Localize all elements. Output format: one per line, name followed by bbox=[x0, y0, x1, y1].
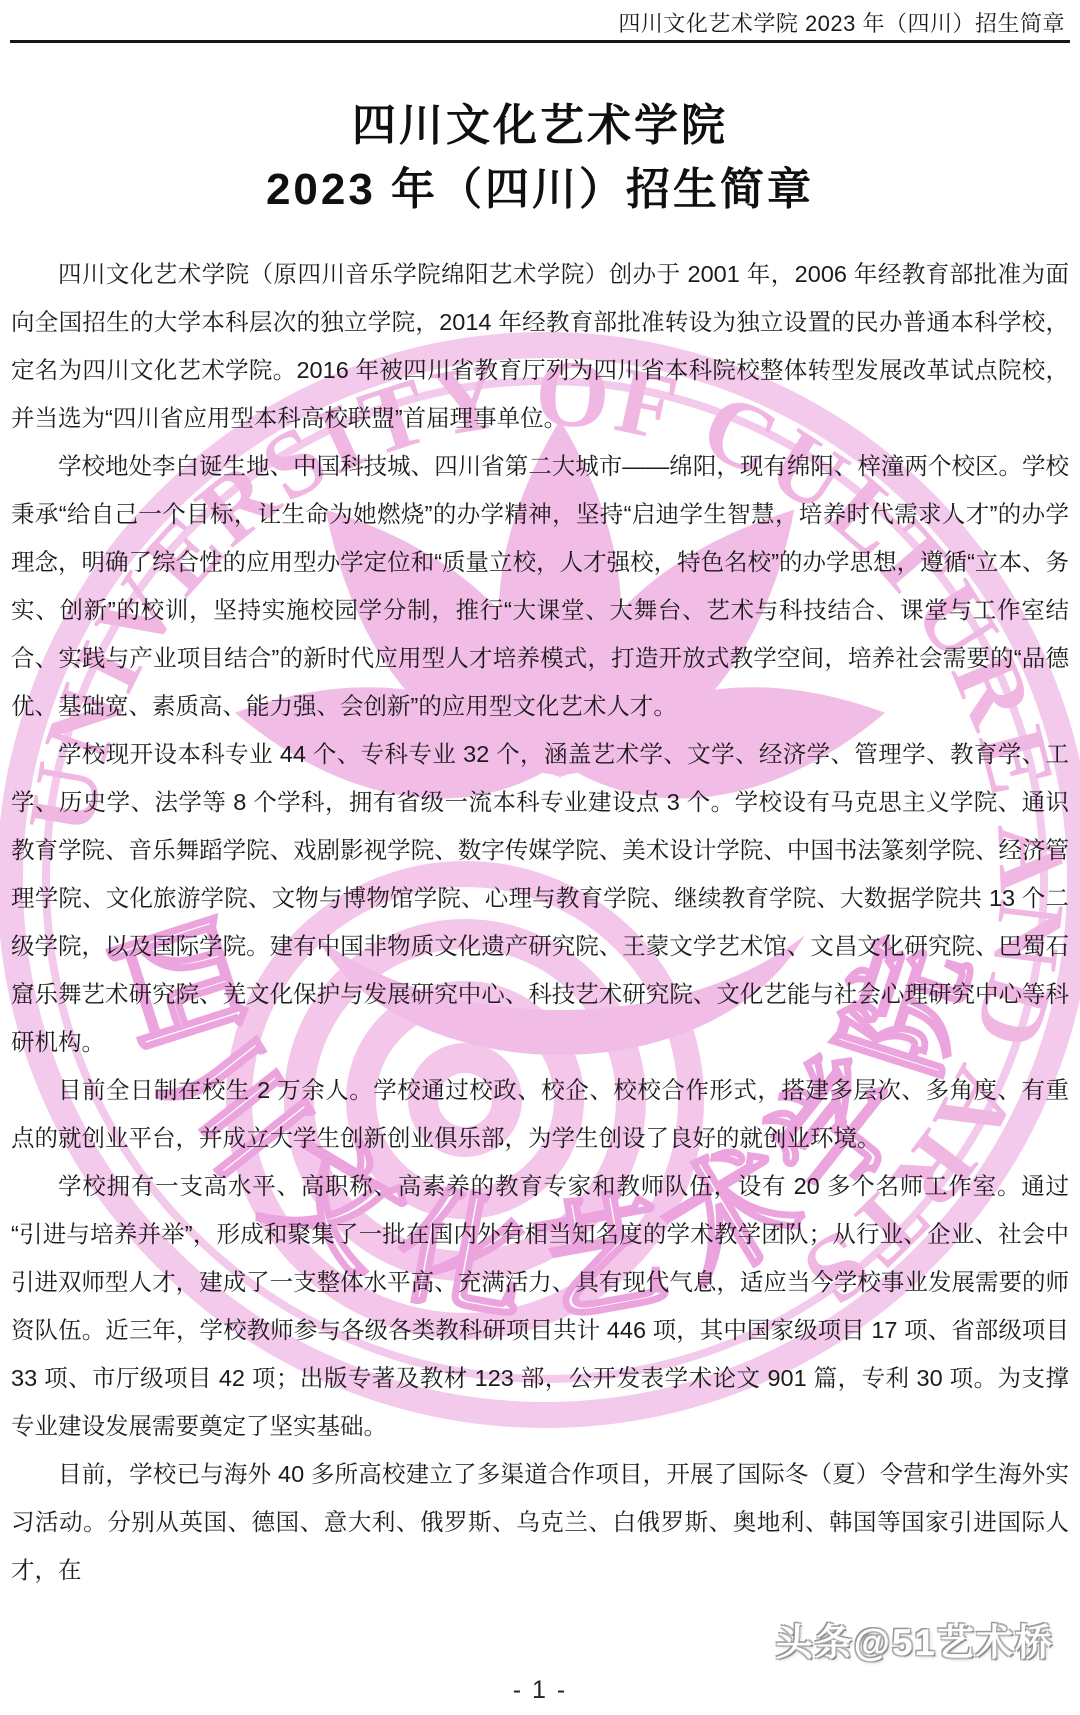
document-title: 四川文化艺术学院 2023 年（四川）招生简章 bbox=[0, 94, 1080, 222]
paragraph-2: 学校地处李白诞生地、中国科技城、四川省第二大城市——绵阳，现有绵阳、梓潼两个校区… bbox=[11, 442, 1069, 730]
title-line-2: 2023 年（四川）招生简章 bbox=[0, 158, 1080, 222]
paragraph-6: 目前，学校已与海外 40 多所高校建立了多渠道合作项目，开展了国际冬（夏）令营和… bbox=[11, 1450, 1069, 1594]
document-page: SICHUAN UNIVERSITY OF CULTURE AND ARTS 四… bbox=[0, 0, 1080, 1715]
paragraph-4: 目前全日制在校生 2 万余人。学校通过校政、校企、校校合作形式，搭建多层次、多角… bbox=[11, 1066, 1069, 1162]
paragraph-3: 学校现开设本科专业 44 个、专科专业 32 个，涵盖艺术学、文学、经济学、管理… bbox=[11, 730, 1069, 1066]
title-line-1: 四川文化艺术学院 bbox=[0, 94, 1080, 158]
paragraph-1: 四川文化艺术学院（原四川音乐学院绵阳艺术学院）创办于 2001 年，2006 年… bbox=[11, 250, 1069, 442]
running-header: 四川文化艺术学院 2023 年（四川）招生简章 bbox=[12, 7, 1065, 38]
paragraph-5: 学校拥有一支高水平、高职称、高素养的教育专家和教师队伍，设有 20 多个名师工作… bbox=[11, 1162, 1069, 1450]
document-body: 四川文化艺术学院（原四川音乐学院绵阳艺术学院）创办于 2001 年，2006 年… bbox=[11, 250, 1069, 1594]
header-rule bbox=[10, 40, 1070, 43]
page-number: - 1 - bbox=[0, 1676, 1080, 1705]
credit-watermark: 头条@51艺术桥 bbox=[776, 1612, 1054, 1666]
